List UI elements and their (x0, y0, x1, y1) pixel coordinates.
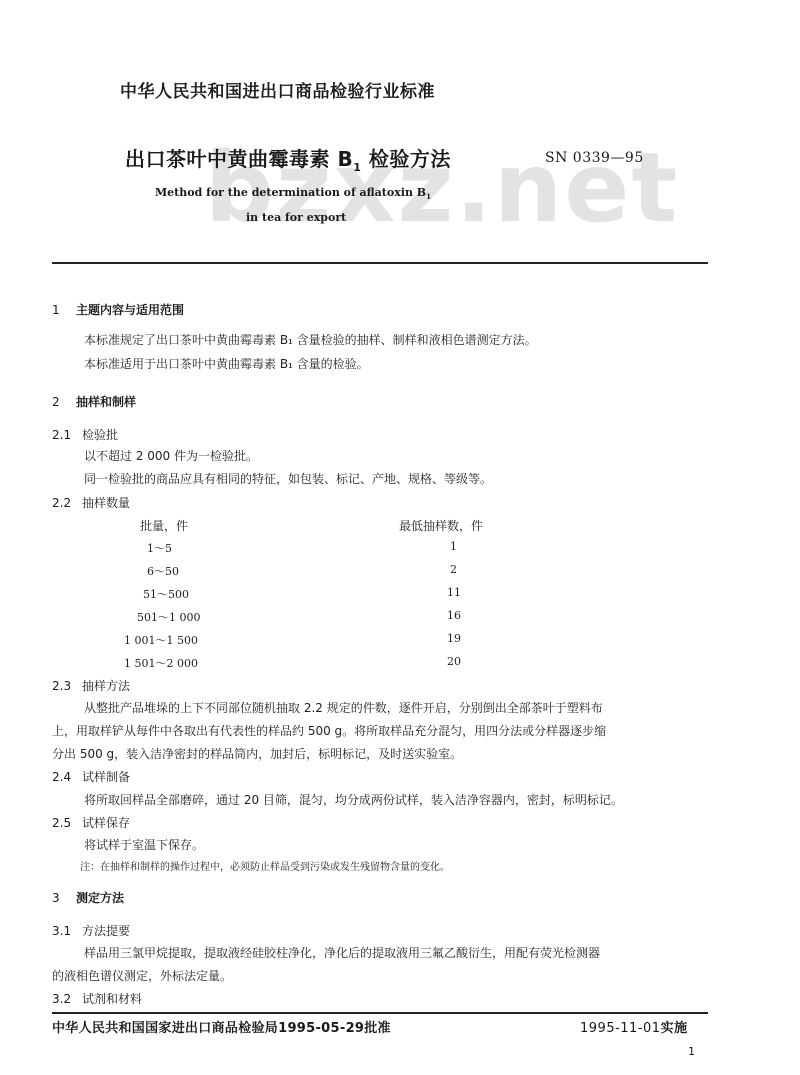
subsection-title: 试剂和材料 (82, 992, 142, 1006)
english-title-line1: Method for the determination of aflatoxi… (155, 186, 431, 201)
section-title: 抽样和制样 (76, 395, 136, 409)
subsection-number: 2.4 (52, 770, 82, 784)
subsection-title: 检验批 (82, 428, 118, 442)
implementation-date: 1995-11-01 (580, 1021, 661, 1036)
subsection-2-3-heading: 2.3抽样方法 (52, 677, 130, 694)
subsection-title: 试样制备 (82, 770, 130, 784)
section-number: 3 (52, 891, 76, 905)
subsection-number: 2.2 (52, 496, 82, 510)
table-header-min-samples: 最低抽样数，件 (399, 517, 483, 534)
english-title-line2: in tea for export (246, 211, 346, 224)
subsection-number: 3.1 (52, 924, 82, 938)
approval-statement: 中华人民共和国国家进出口商品检验局1995-05-29批准 (52, 1017, 391, 1036)
implementation-label: 实施 (661, 1021, 688, 1036)
standard-code: SN 0339—95 (545, 150, 644, 166)
english-title-subscript: 1 (426, 192, 431, 201)
section-number: 1 (52, 303, 76, 317)
paragraph: 样品用三氯甲烷提取，提取液经硅胶柱净化，净化后的提取液用三氟乙酸衍生，用配有荧光… (84, 944, 600, 961)
paragraph: 将试样于室温下保存。 (84, 836, 204, 853)
subsection-number: 2.1 (52, 428, 82, 442)
sample-count-cell: 2 (450, 563, 457, 576)
subsection-number: 3.2 (52, 992, 82, 1006)
subsection-3-2-heading: 3.2试剂和材料 (52, 990, 142, 1007)
subsection-title: 试样保存 (82, 816, 130, 830)
title-suffix: 检验方法 (361, 147, 450, 171)
batch-cell: 1 501～2 000 (124, 655, 198, 671)
subsection-number: 2.3 (52, 679, 82, 693)
paragraph: 同一检验批的商品应具有相同的特征，如包装、标记、产地、规格、等级等。 (84, 470, 492, 487)
subsection-2-1-heading: 2.1检验批 (52, 426, 118, 443)
footer-divider (52, 1012, 708, 1014)
section-3-heading: 3测定方法 (52, 889, 124, 906)
subsection-title: 抽样数量 (82, 496, 130, 510)
sample-count-cell: 1 (450, 540, 457, 553)
implementation-statement: 1995-11-01实施 (580, 1017, 688, 1036)
subsection-2-2-heading: 2.2抽样数量 (52, 494, 130, 511)
page-number: 1 (688, 1045, 695, 1058)
document-page: 中华人民共和国进出口商品检验行业标准 出口茶叶中黄曲霉毒素 B1 检验方法 SN… (0, 0, 800, 1075)
header-divider (52, 262, 708, 264)
note: 注：在抽样和制样的操作过程中，必须防止样品受到污染或发生残留物含量的变化。 (80, 858, 450, 873)
paragraph: 分出 500 g，装入洁净密封的样品筒内，加封后，标明标记，及时送实验室。 (52, 745, 462, 762)
sample-count-cell: 19 (447, 632, 461, 645)
section-1-heading: 1主题内容与适用范围 (52, 301, 184, 318)
paragraph: 以不超过 2 000 件为一检验批。 (84, 447, 258, 464)
batch-cell: 1 001～1 500 (124, 632, 198, 648)
section-title: 测定方法 (76, 891, 124, 905)
subsection-3-1-heading: 3.1方法提要 (52, 922, 130, 939)
paragraph: 上，用取样铲从每件中各取出有代表性的样品约 500 g。将所取样品充分混匀，用四… (52, 722, 606, 739)
batch-cell: 6～50 (147, 563, 179, 579)
paragraph: 的液相色谱仪测定，外标法定量。 (52, 967, 232, 984)
section-2-heading: 2抽样和制样 (52, 393, 136, 410)
subsection-2-5-heading: 2.5试样保存 (52, 814, 130, 831)
paragraph: 本标准规定了出口茶叶中黄曲霉毒素 B₁ 含量检验的抽样、制样和液相色谱测定方法。 (84, 331, 537, 348)
section-title: 主题内容与适用范围 (76, 303, 184, 317)
table-header-batch: 批量，件 (140, 517, 188, 534)
batch-cell: 1～5 (147, 540, 172, 556)
sample-count-cell: 16 (447, 609, 461, 622)
subsection-title: 抽样方法 (82, 679, 130, 693)
document-title: 出口茶叶中黄曲霉毒素 B1 检验方法 (125, 143, 451, 174)
paragraph: 从整批产品堆垛的上下不同部位随机抽取 2.2 规定的件数，逐件开启，分别倒出全部… (84, 699, 603, 716)
title-text: 出口茶叶中黄曲霉毒素 B (125, 147, 353, 171)
section-number: 2 (52, 395, 76, 409)
subsection-title: 方法提要 (82, 924, 130, 938)
subsection-2-4-heading: 2.4试样制备 (52, 768, 130, 785)
sample-count-cell: 11 (447, 586, 461, 599)
batch-cell: 51～500 (143, 586, 189, 602)
standard-organization: 中华人民共和国进出口商品检验行业标准 (120, 77, 435, 102)
paragraph: 将所取回样品全部磨碎，通过 20 目筛，混匀，均分成两份试样，装入洁净容器内，密… (84, 791, 623, 808)
sample-count-cell: 20 (447, 655, 461, 668)
english-title-text: Method for the determination of aflatoxi… (155, 186, 426, 199)
subsection-number: 2.5 (52, 816, 82, 830)
batch-cell: 501～1 000 (137, 609, 201, 625)
paragraph: 本标准适用于出口茶叶中黄曲霉毒素 B₁ 含量的检验。 (84, 355, 369, 372)
